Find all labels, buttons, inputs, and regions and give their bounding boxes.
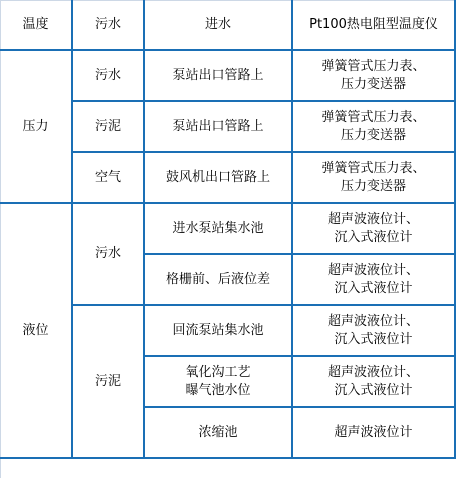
instrument-cell: 超声波液位计、 沉入式液位计 [292, 356, 455, 407]
header-cell-parameter: 温度 [0, 0, 72, 50]
medium-cell: 污水 [72, 50, 144, 101]
location-cell: 进水泵站集水池 [144, 203, 292, 254]
location-cell: 浓缩池 [144, 407, 292, 458]
header-row: 温度 污水 进水 Pt100热电阻型温度仪 [0, 0, 455, 50]
location-cell: 泵站出口管路上 [144, 101, 292, 152]
instrument-cell: 弹簧管式压力表、 压力变送器 [292, 152, 455, 203]
header-cell-location: 进水 [144, 0, 292, 50]
location-cell: 鼓风机出口管路上 [144, 152, 292, 203]
location-cell: 泵站出口管路上 [144, 50, 292, 101]
location-cell: 回流泵站集水池 [144, 305, 292, 356]
instrument-cell: 弹簧管式压力表、 压力变送器 [292, 50, 455, 101]
medium-cell: 污泥 [72, 101, 144, 152]
instrument-cell: 超声波液位计、 沉入式液位计 [292, 305, 455, 356]
instrument-cell: 超声波液位计、 沉入式液位计 [292, 203, 455, 254]
medium-cell-sludge: 污泥 [72, 305, 144, 458]
instrument-cell: 弹簧管式压力表、 压力变送器 [292, 101, 455, 152]
table-row: 液位 污水 进水泵站集水池 超声波液位计、 沉入式液位计 [0, 203, 455, 254]
instrument-cell: 超声波液位计 [292, 407, 455, 458]
measurement-instrument-table: 温度 污水 进水 Pt100热电阻型温度仪 压力 污水 泵站出口管路上 弹簧管式… [0, 0, 456, 459]
location-cell: 氧化沟工艺 曝气池水位 [144, 356, 292, 407]
parameter-cell-level: 液位 [0, 203, 72, 458]
table-row: 压力 污水 泵站出口管路上 弹簧管式压力表、 压力变送器 [0, 50, 455, 101]
instrument-cell: 超声波液位计、 沉入式液位计 [292, 254, 455, 305]
parameter-cell-pressure: 压力 [0, 50, 72, 203]
medium-cell: 空气 [72, 152, 144, 203]
medium-cell-sewage: 污水 [72, 203, 144, 305]
header-cell-instrument: Pt100热电阻型温度仪 [292, 0, 455, 50]
location-cell: 格栅前、后液位差 [144, 254, 292, 305]
header-cell-medium: 污水 [72, 0, 144, 50]
